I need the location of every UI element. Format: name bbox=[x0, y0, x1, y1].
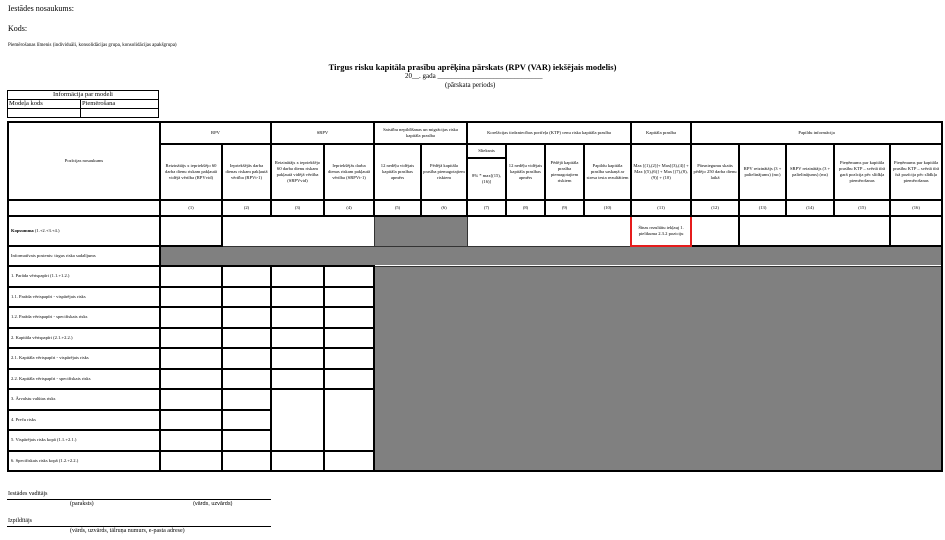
column-number: (16) bbox=[890, 200, 942, 216]
group-srpv: SRPV bbox=[271, 122, 374, 144]
cell-col-1[interactable] bbox=[160, 410, 222, 431]
model-application-header: Piemērošana bbox=[81, 100, 159, 109]
model-code-header: Modeļa kods bbox=[8, 100, 81, 109]
cell-col-4[interactable] bbox=[324, 348, 374, 369]
group-rpv: RPV bbox=[160, 122, 271, 144]
col-header-1: Reizinātājs x iepriekšējo 60 darba dienu… bbox=[160, 144, 222, 200]
table-row: 1. Parāda vērtspapīri (1.1.+1.2.) bbox=[8, 266, 942, 287]
col-header-3: Reizinātājs x iepriekšējo 60 darba dienu… bbox=[271, 144, 324, 200]
report-title: Tirgus risku kapitāla prasību aprēķina p… bbox=[0, 62, 945, 72]
executor-caption: (vārds, uzvārds, tālruņa numurs, e-pasta… bbox=[70, 528, 185, 534]
group-default-migration: Saistību nepildīšanas un migrācijas risk… bbox=[374, 122, 467, 144]
model-info-table: Informācija par modeli Modeļa kods Piemē… bbox=[7, 90, 159, 118]
rows-shaded-area bbox=[374, 266, 942, 471]
cell-col-1[interactable] bbox=[160, 266, 222, 287]
cell-col-2[interactable] bbox=[222, 410, 271, 431]
cell-col-3-merged[interactable] bbox=[271, 389, 324, 451]
total-row: Kopsumma (1.+2.+3.+4.) Šīnas rezultātu i… bbox=[8, 216, 942, 246]
column-number: (12) bbox=[691, 200, 739, 216]
cell-col-4[interactable] bbox=[324, 369, 374, 390]
executor-label: Izpildītājs bbox=[8, 518, 32, 524]
column-number: (5) bbox=[374, 200, 421, 216]
column-number: (4) bbox=[324, 200, 374, 216]
cell-col-2[interactable] bbox=[222, 307, 271, 328]
total-col-16[interactable] bbox=[890, 216, 942, 246]
name-caption: (vārds, uzvārds) bbox=[193, 501, 232, 507]
column-number: (2) bbox=[222, 200, 271, 216]
col-header-5: 12 nedēļu vidējais kapitāla prasības apm… bbox=[374, 144, 421, 200]
floor-header: Slieksnis bbox=[467, 144, 506, 158]
col-header-12: Pārsniegumu skaits pēdējo 250 darba dien… bbox=[691, 144, 739, 200]
application-level-label: Piemērošanas līmenis (individuāli, konso… bbox=[8, 43, 177, 48]
cell-col-3[interactable] bbox=[271, 369, 324, 390]
info-row-label: Informatīvais postenis: tirgus riska sad… bbox=[8, 246, 160, 266]
row-label: 4. Preču risks bbox=[8, 410, 160, 431]
row-label: 2.2. Kapitāla vērtspapīri - specifiskais… bbox=[8, 369, 160, 390]
cell-col-4[interactable] bbox=[324, 307, 374, 328]
total-capital-requirement[interactable]: Šīnas rezultātu iekļauj 1. pielikuma 2.3… bbox=[631, 216, 691, 246]
cell-col-2[interactable] bbox=[222, 348, 271, 369]
model-application-value[interactable] bbox=[81, 109, 159, 118]
cell-col-4[interactable] bbox=[324, 328, 374, 349]
col-header-15: Pieņēmums par kapitāla prasību KTP – svē… bbox=[834, 144, 890, 200]
col-header-13: RPV reizinātājs (3 + palielinājums) (mc) bbox=[739, 144, 786, 200]
column-number: (15) bbox=[834, 200, 890, 216]
cell-col-2[interactable] bbox=[222, 266, 271, 287]
total-row-label: Kopsumma (1.+2.+3.+4.) bbox=[8, 216, 160, 246]
column-number: (6) bbox=[421, 200, 467, 216]
cell-col-3[interactable] bbox=[271, 266, 324, 287]
position-name-header: Pozīcijas nosaukums bbox=[8, 122, 160, 200]
group-capital: Kapitāla prasība bbox=[631, 122, 691, 144]
col-header-6: Pēdējā kapitāla prasība piemagotajiem ri… bbox=[421, 144, 467, 200]
cell-col-2[interactable] bbox=[222, 389, 271, 410]
column-number: (8) bbox=[506, 200, 545, 216]
cell-col-2[interactable] bbox=[222, 369, 271, 390]
model-code-value[interactable] bbox=[8, 109, 81, 118]
col-header-16: Pieņēmums par kapitāla prasību KTP – svē… bbox=[890, 144, 942, 200]
cell-col-1[interactable] bbox=[160, 348, 222, 369]
col-header-9: Pēdējā kapitāla prasība piemagotajiem ri… bbox=[545, 144, 584, 200]
total-col-13-15[interactable] bbox=[739, 216, 890, 246]
row-label: 2. Kapitāla vērtspapīri (2.1.+2.2.) bbox=[8, 328, 160, 349]
cell-col-2[interactable] bbox=[222, 430, 271, 451]
row-label: 5. Vispārējais risks kopā (1.1.+2.1.) bbox=[8, 430, 160, 451]
column-number: (13) bbox=[739, 200, 786, 216]
col-header-14: SRPV reizinātājs (3 + palielinājums) (ms… bbox=[786, 144, 834, 200]
total-col-7-10[interactable] bbox=[467, 216, 631, 246]
row-label: 1.2. Parāda vērtspapīri - specifiskais r… bbox=[8, 307, 160, 328]
year-line: 20__. gada _____________________________… bbox=[405, 72, 542, 80]
period-caption: (pārskata periods) bbox=[445, 81, 495, 89]
row-label: 2.1. Kapitāla vērtspapīri - vispārējais … bbox=[8, 348, 160, 369]
column-number: (3) bbox=[271, 200, 324, 216]
col-header-7: 8% * max[(15),(16)] bbox=[467, 158, 506, 200]
column-number: (7) bbox=[467, 200, 506, 216]
cell-col-3[interactable] bbox=[271, 348, 324, 369]
cell-col-3[interactable] bbox=[271, 451, 324, 472]
info-row-shaded bbox=[160, 246, 942, 266]
row-label: 1.1. Parāda vērtspapīri - vispārējais ri… bbox=[8, 287, 160, 308]
cell-col-1[interactable] bbox=[160, 369, 222, 390]
row-label: 3. Ārvalstu valūtas risks bbox=[8, 389, 160, 410]
code-label: Kods: bbox=[8, 24, 27, 33]
cell-col-1[interactable] bbox=[160, 451, 222, 472]
col-header-8: 12 nedēļu vidējais kapitāla prasības apm… bbox=[506, 144, 545, 200]
row-label: 6. Specifiskais risks kopā (1.2.+2.2.) bbox=[8, 451, 160, 472]
col-header-10: Papildu kapitāla prasība saskaņā ar stre… bbox=[584, 144, 631, 200]
cell-col-2[interactable] bbox=[222, 328, 271, 349]
col-header-4: Iepriekšējās darba dienas riskam pakļaut… bbox=[324, 144, 374, 200]
column-number: (1) bbox=[160, 200, 222, 216]
cell-col-1[interactable] bbox=[160, 328, 222, 349]
institution-name-label: Iestādes nosaukums: bbox=[8, 4, 74, 13]
column-number: (10) bbox=[584, 200, 631, 216]
total-shaded bbox=[374, 216, 467, 246]
market-risk-table: Pozīcijas nosaukums RPV SRPV Saistību ne… bbox=[7, 121, 943, 472]
head-label: Iestādes vadītājs bbox=[8, 491, 48, 497]
cell-col-4[interactable] bbox=[324, 287, 374, 308]
cell-col-1[interactable] bbox=[160, 389, 222, 410]
cell-col-4[interactable] bbox=[324, 266, 374, 287]
col-header-11: Max [(1),(2)]+ Max[(3),(4)] + Max [(5),(… bbox=[631, 144, 691, 200]
column-number: (11) bbox=[631, 200, 691, 216]
row-label: 1. Parāda vērtspapīri (1.1.+1.2.) bbox=[8, 266, 160, 287]
total-col-1[interactable] bbox=[160, 216, 222, 246]
cell-col-4-merged[interactable] bbox=[324, 389, 374, 451]
cell-col-3[interactable] bbox=[271, 307, 324, 328]
signature-caption: (paraksts) bbox=[70, 501, 94, 507]
column-number: (14) bbox=[786, 200, 834, 216]
cell-col-4[interactable] bbox=[324, 451, 374, 472]
cell-col-1[interactable] bbox=[160, 307, 222, 328]
column-number: (9) bbox=[545, 200, 584, 216]
col-header-2: Iepriekšējās darba dienas riskam pakļaut… bbox=[222, 144, 271, 200]
group-ktp: Korelācijas tirdzniecības portfeļa (KTP)… bbox=[467, 122, 631, 144]
cell-col-3[interactable] bbox=[271, 328, 324, 349]
cell-col-1[interactable] bbox=[160, 430, 222, 451]
cell-col-3[interactable] bbox=[271, 287, 324, 308]
group-additional: Papildu informācija bbox=[691, 122, 942, 144]
model-info-caption: Informācija par modeli bbox=[8, 91, 159, 100]
cell-col-2[interactable] bbox=[222, 287, 271, 308]
numbers-row-label bbox=[8, 200, 160, 216]
cell-col-2[interactable] bbox=[222, 451, 271, 472]
total-col-12[interactable] bbox=[691, 216, 739, 246]
cell-col-1[interactable] bbox=[160, 287, 222, 308]
total-col-2-4[interactable] bbox=[222, 216, 374, 246]
